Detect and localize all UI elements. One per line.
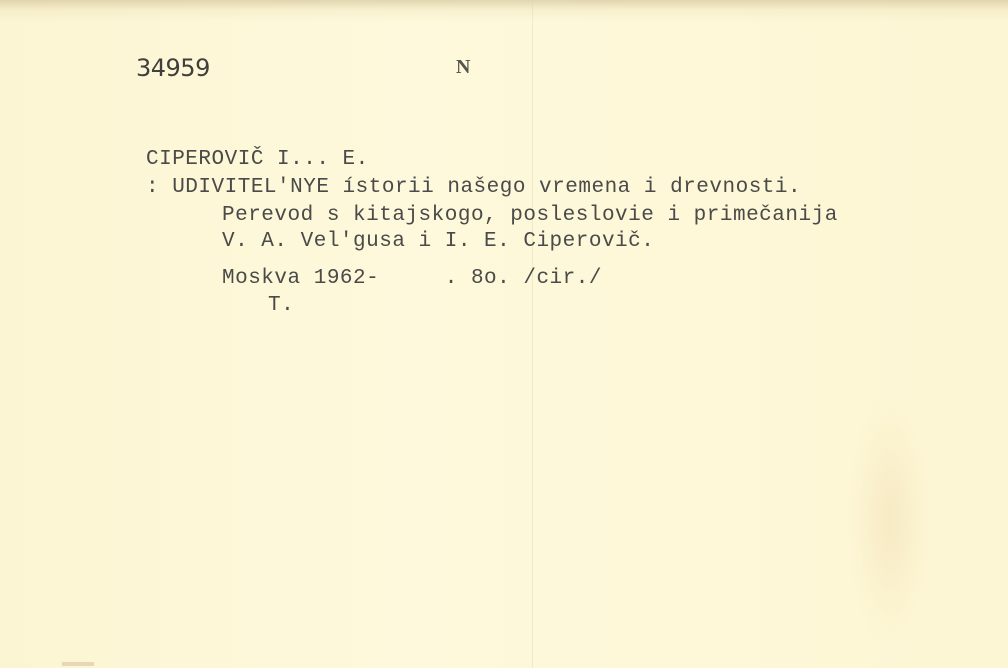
paper-crease (532, 0, 533, 668)
accession-number: 34959 (136, 56, 210, 80)
imprint-line: Moskva 1962- . 8o. /cir./ (222, 268, 602, 289)
contributors-note: V. A. Vel'gusa i I. E. Ciperovič. (222, 231, 654, 252)
catalog-card: 34959 N CIPEROVIČ I... E. : UDIVITEL'NYE… (0, 0, 1008, 668)
faint-stamp-mark (62, 662, 94, 666)
author-heading: CIPEROVIČ I... E. (146, 149, 369, 170)
title-line: : UDIVITEL'NYE ístorii našego vremena i … (146, 177, 801, 198)
volume-line: T. (268, 295, 294, 316)
classification-marker: N (456, 57, 470, 77)
translation-note: Perevod s kitajskogo, posleslovie i prim… (222, 205, 838, 226)
